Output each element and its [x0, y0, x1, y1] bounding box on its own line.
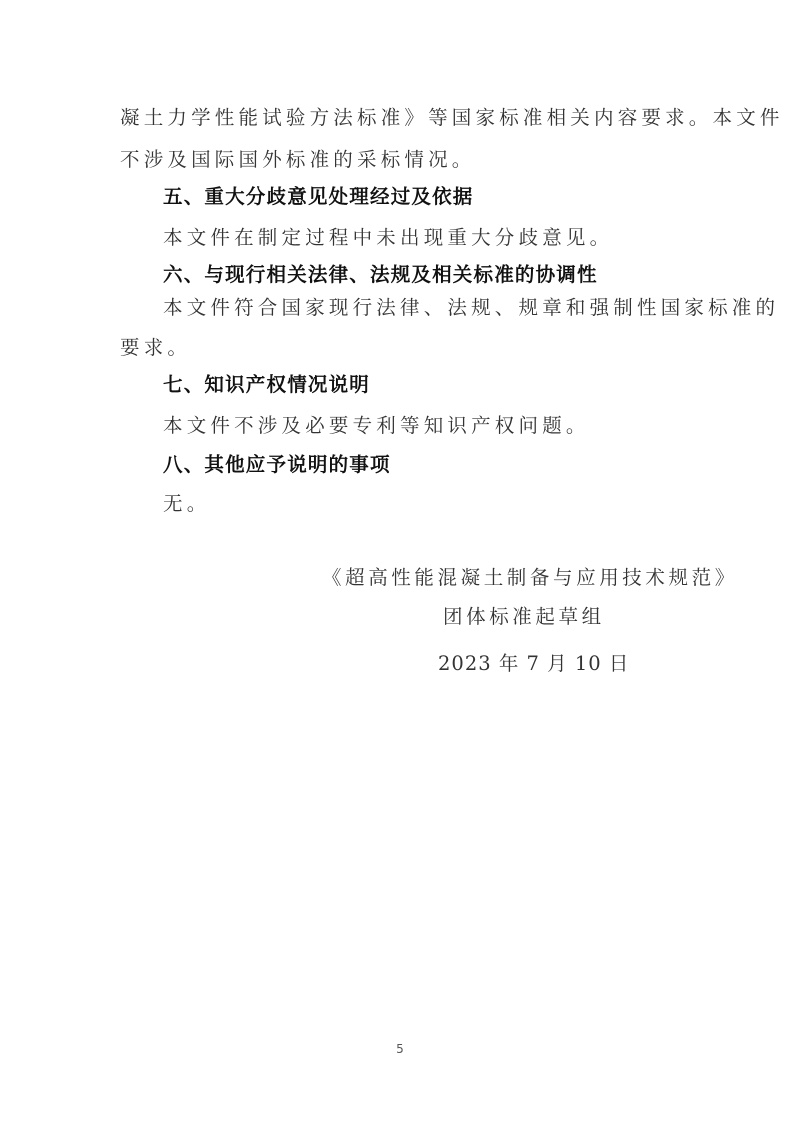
signature-date: 2023 年 7 月 10 日 — [438, 652, 629, 676]
section-5-heading: 五、重大分歧意见处理经过及依据 — [163, 185, 474, 209]
section-7-heading: 七、知识产权情况说明 — [163, 373, 370, 397]
continuation-line-2: 不涉及国际国外标准的采标情况。 — [120, 148, 476, 172]
section-7-body-line-1: 本文件不涉及必要专利等知识产权问题。 — [163, 414, 590, 438]
section-6-body-line-2: 要求。 — [120, 336, 191, 360]
section-5-body-line-1: 本文件在制定过程中未出现重大分歧意见。 — [163, 226, 613, 250]
page-number: 5 — [0, 1042, 800, 1056]
section-6-body-line-1: 本文件符合国家现行法律、法规、规章和强制性国家标准的 — [163, 296, 779, 320]
section-8-body-line-1: 无。 — [163, 492, 210, 516]
section-6-heading: 六、与现行相关法律、法规及相关标准的协调性 — [163, 263, 598, 287]
signature-drafting-group: 团体标准起草组 — [443, 605, 605, 629]
section-8-heading: 八、其他应予说明的事项 — [163, 453, 391, 477]
document-page: 凝土力学性能试验方法标准》等国家标准相关内容要求。本文件 不涉及国际国外标准的采… — [0, 0, 800, 1130]
signature-standard-title: 《超高性能混凝土制备与应用技术规范》 — [322, 566, 738, 590]
continuation-line-1: 凝土力学性能试验方法标准》等国家标准相关内容要求。本文件 — [120, 106, 784, 130]
